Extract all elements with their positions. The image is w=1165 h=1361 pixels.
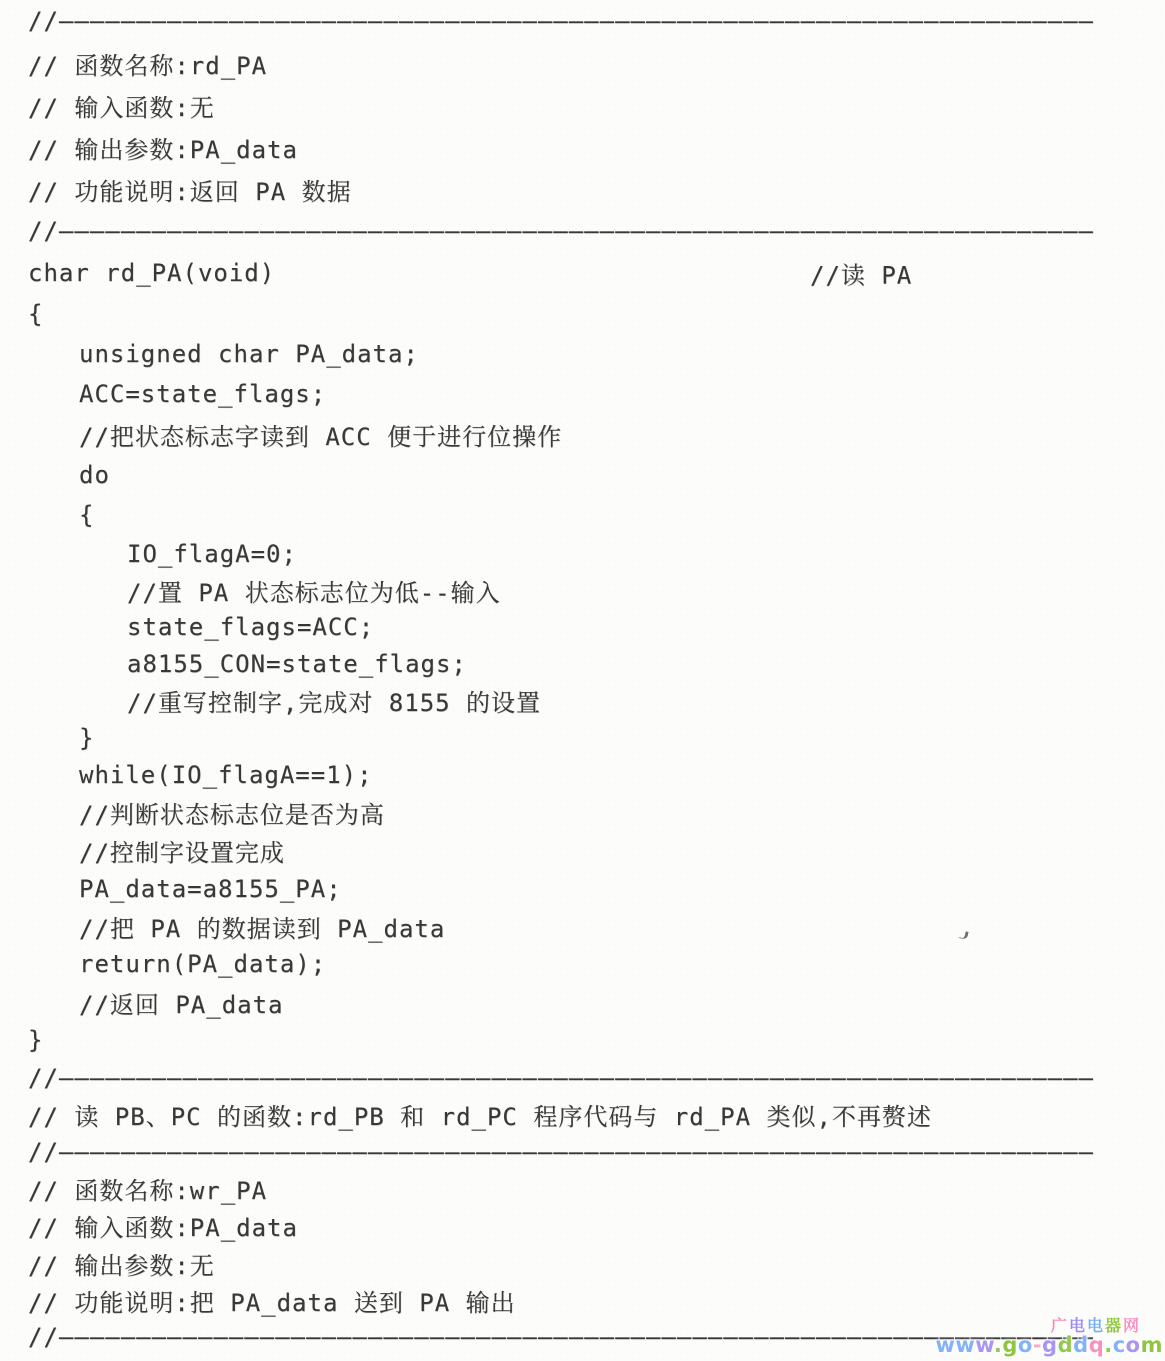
code-text: char rd_PA(void) — [28, 259, 275, 287]
code-text: return(PA_data); — [79, 950, 326, 978]
watermark-url: www.go-gddq.com — [935, 1335, 1163, 1356]
code-text: // 读 PB、PC 的函数:rd_PB 和 rd_PC 程序代码与 rd_PA… — [28, 1097, 932, 1132]
code-text: } — [79, 724, 94, 752]
code-text: { — [79, 501, 94, 529]
code-line: ACC=state_flags; — [0, 374, 1165, 414]
code-text: //返回 PA_data — [79, 985, 284, 1020]
watermark-site-name: 广电电器网 — [935, 1318, 1141, 1334]
code-line: } — [0, 1021, 1165, 1059]
divider-line: //––––––––––––––––––––––––––––––––––––––… — [0, 1133, 1165, 1170]
code-line: unsigned char PA_data; — [0, 334, 1165, 374]
code-text: a8155_CON=state_flags; — [127, 650, 467, 678]
code-line: //控制字设置完成 — [0, 832, 1165, 870]
code-text: // 功能说明:返回 PA 数据 — [28, 172, 352, 207]
code-text: // 输出参数:PA_data — [28, 130, 298, 165]
code-text: while(IO_flagA==1); — [79, 761, 373, 789]
code-text: // 函数名称:rd_PA — [28, 46, 267, 81]
divider-line: //––––––––––––––––––––––––––––––––––––––… — [0, 210, 1165, 252]
code-line: return(PA_data); — [0, 945, 1165, 983]
code-line: { — [0, 495, 1165, 535]
code-line: // 函数名称:wr_PA — [0, 1170, 1165, 1207]
code-line: // 函数名称:rd_PA — [0, 42, 1165, 84]
code-line: IO_flagA=0; — [0, 535, 1165, 572]
code-text: IO_flagA=0; — [127, 540, 297, 568]
divider-text: //––––––––––––––––––––––––––––––––––––––… — [28, 1064, 1094, 1092]
code-text: ACC=state_flags; — [79, 380, 326, 408]
code-text: //把 PA 的数据读到 PA_data — [79, 909, 445, 944]
code-line: } — [0, 719, 1165, 756]
code-line: // 功能说明:返回 PA 数据 — [0, 168, 1165, 210]
code-text: } — [28, 1026, 43, 1054]
code-line: // 功能说明:把 PA_data 送到 PA 输出 — [0, 1282, 1165, 1319]
code-text: { — [28, 300, 43, 328]
code-line: //把状态标志字读到 ACC 便于进行位操作 — [0, 415, 1165, 455]
code-text: PA_data=a8155_PA; — [79, 875, 342, 903]
inline-comment: //读 PA — [810, 256, 912, 291]
code-text: //置 PA 状态标志位为低--输入 — [127, 573, 501, 608]
code-line: PA_data=a8155_PA; — [0, 870, 1165, 908]
code-line: //置 PA 状态标志位为低--输入 — [0, 572, 1165, 609]
site-watermark: 广电电器网 www.go-gddq.com — [935, 1318, 1163, 1356]
divider-line: //––––––––––––––––––––––––––––––––––––––… — [0, 1059, 1165, 1096]
code-text: // 输入函数:PA_data — [28, 1208, 298, 1243]
code-text: //把状态标志字读到 ACC 便于进行位操作 — [79, 417, 562, 452]
code-text: // 输出参数:无 — [28, 1246, 215, 1281]
code-text: // 输入函数:无 — [28, 88, 215, 123]
code-line: while(IO_flagA==1); — [0, 756, 1165, 794]
code-text: // 功能说明:把 PA_data 送到 PA 输出 — [28, 1283, 516, 1318]
code-line: // 输出参数:PA_data — [0, 126, 1165, 168]
code-line: // 输入函数:无 — [0, 84, 1165, 126]
divider-text: //––––––––––––––––––––––––––––––––––––––… — [28, 7, 1094, 35]
code-line: //判断状态标志位是否为高 — [0, 794, 1165, 832]
code-line: { — [0, 294, 1165, 334]
code-line: do — [0, 455, 1165, 495]
code-text: //重写控制字,完成对 8155 的设置 — [127, 683, 541, 718]
code-line: //把 PA 的数据读到 PA_data — [0, 907, 1165, 945]
code-text: do — [79, 461, 110, 489]
code-block: //––––––––––––––––––––––––––––––––––––––… — [0, 0, 1165, 1356]
code-text: state_flags=ACC; — [127, 613, 374, 641]
code-text: //判断状态标志位是否为高 — [79, 795, 385, 830]
code-line: // 输入函数:PA_data — [0, 1207, 1165, 1244]
code-line: state_flags=ACC; — [0, 609, 1165, 646]
code-line: //重写控制字,完成对 8155 的设置 — [0, 682, 1165, 719]
code-text: // 函数名称:wr_PA — [28, 1171, 267, 1206]
code-line: // 读 PB、PC 的函数:rd_PB 和 rd_PC 程序代码与 rd_PA… — [0, 1096, 1165, 1133]
divider-line: //––––––––––––––––––––––––––––––––––––––… — [0, 0, 1165, 42]
code-line: a8155_CON=state_flags; — [0, 646, 1165, 683]
divider-text: //––––––––––––––––––––––––––––––––––––––… — [28, 1138, 1094, 1166]
divider-text: //––––––––––––––––––––––––––––––––––––––… — [28, 217, 1094, 245]
code-line: char rd_PA(void)//读 PA — [0, 252, 1165, 294]
code-text: unsigned char PA_data; — [79, 340, 419, 368]
scanned-code-page: //––––––––––––––––––––––––––––––––––––––… — [0, 0, 1165, 1361]
code-line: // 输出参数:无 — [0, 1245, 1165, 1282]
code-line: //返回 PA_data — [0, 983, 1165, 1021]
code-text: //控制字设置完成 — [79, 833, 285, 868]
